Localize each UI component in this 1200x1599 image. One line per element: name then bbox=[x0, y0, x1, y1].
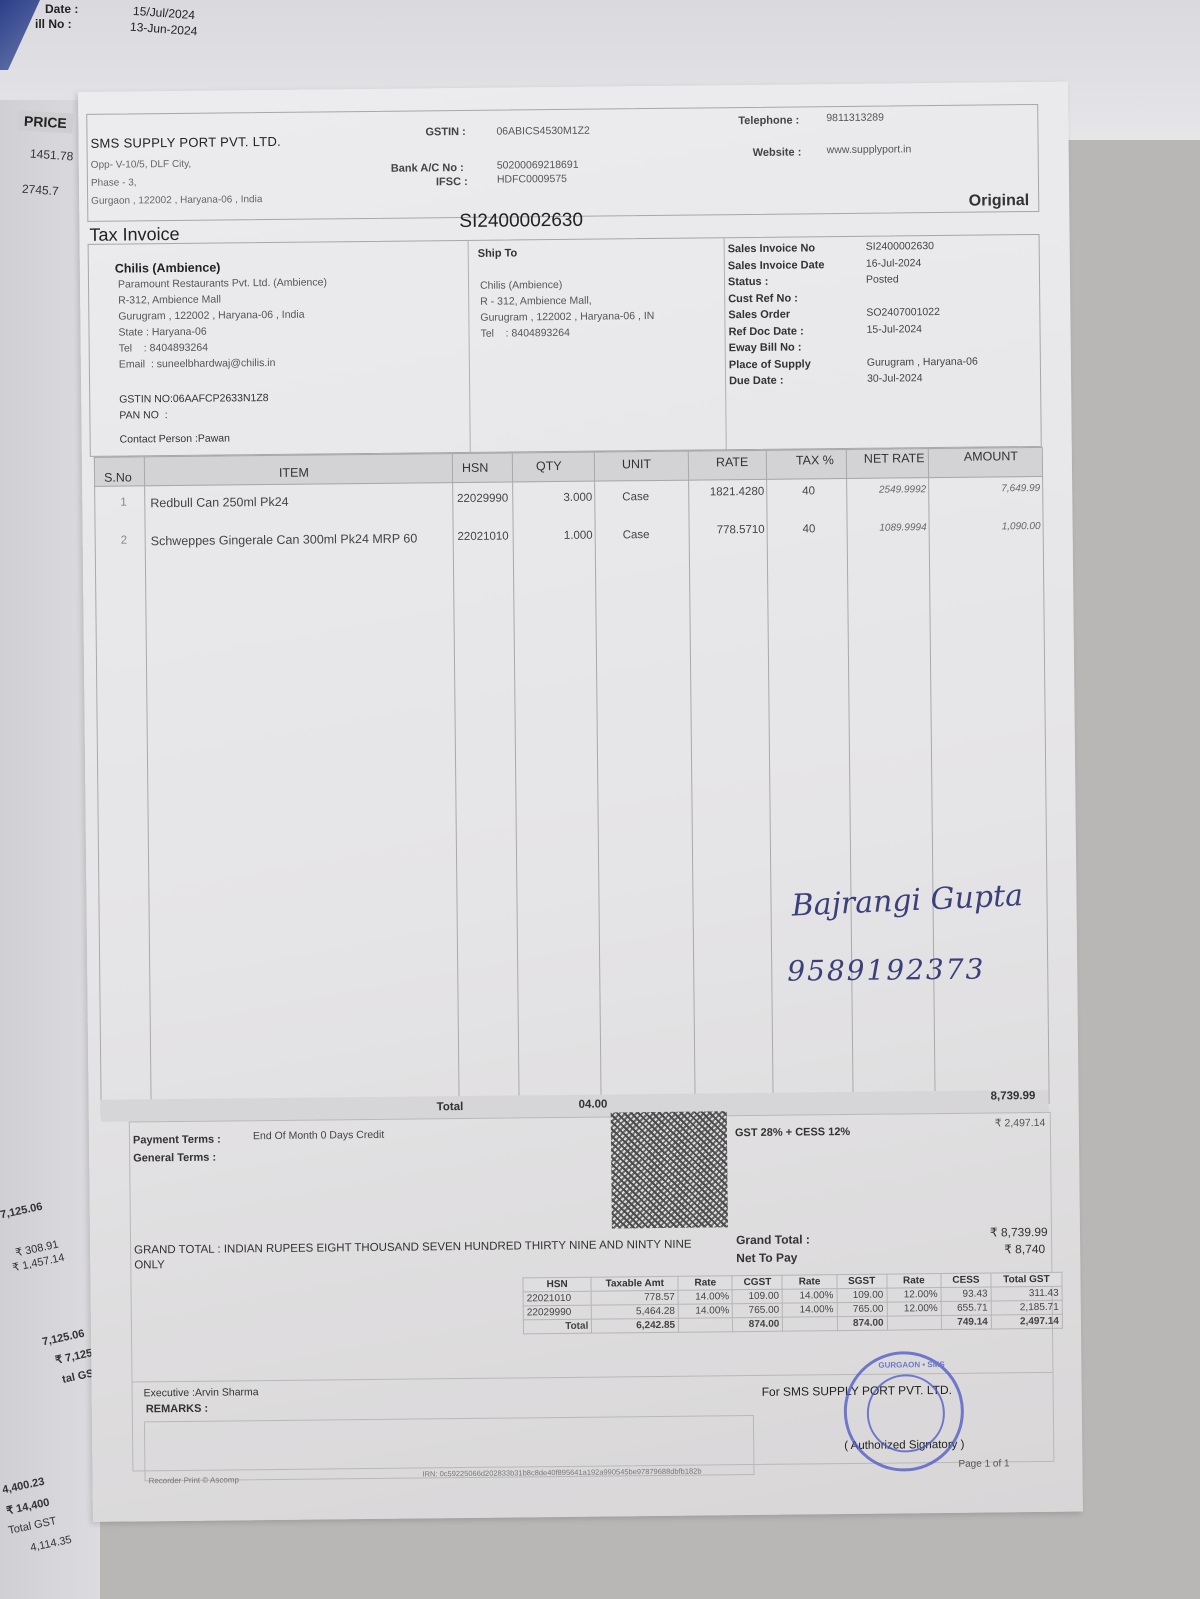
hsn-total-cell bbox=[783, 1317, 837, 1332]
remarks-label: REMARKS : bbox=[146, 1403, 208, 1416]
meta-value: 30-Jul-2024 bbox=[867, 372, 923, 385]
seller-address-line: Opp- V-10/5, DLF City, bbox=[91, 159, 192, 171]
column-divider bbox=[928, 448, 936, 1105]
tax-invoice-document: SMS SUPPLY PORT PVT. LTD. Opp- V-10/5, D… bbox=[78, 82, 1083, 1522]
cell-rate: 778.5710 bbox=[689, 524, 765, 537]
seller-address-line: Phase - 3, bbox=[91, 177, 137, 188]
cell-unit: Case bbox=[623, 529, 683, 542]
hsn-cell: 14.00% bbox=[678, 1304, 732, 1319]
meta-label: Sales Invoice Date bbox=[728, 259, 825, 272]
seller-gstin: 06ABICS4530M1Z2 bbox=[496, 125, 590, 138]
hsn-tax-summary-table: HSNTaxable AmtRateCGSTRateSGSTRateCESSTo… bbox=[522, 1272, 1063, 1335]
hsn-total-cell bbox=[679, 1318, 733, 1333]
hsn-total-cell: 874.00 bbox=[733, 1317, 783, 1332]
bank-account: 50200069218691 bbox=[497, 159, 579, 172]
cell-item: Redbull Can 250ml Pk24 bbox=[150, 493, 450, 510]
col-header-hsn: HSN bbox=[462, 461, 489, 475]
cell-tax: 40 bbox=[802, 485, 832, 497]
gst-summary-value: ₹ 2,497.14 bbox=[995, 1117, 1046, 1130]
meta-label: Sales Order bbox=[728, 309, 790, 322]
cell-amount: 7,649.99 bbox=[928, 483, 1040, 495]
gstin-label: GSTIN : bbox=[425, 126, 465, 138]
cell-qty: 1.000 bbox=[513, 530, 593, 543]
ship-to-label: Ship To bbox=[478, 247, 518, 259]
col-header-unit: UNIT bbox=[622, 457, 651, 471]
copy-label: Original bbox=[969, 192, 1030, 211]
seller-address-line: Gurgaon , 122002 , Haryana-06 , India bbox=[91, 194, 262, 207]
hsn-cell: 93.43 bbox=[941, 1287, 991, 1302]
col-header-item: ITEM bbox=[279, 466, 309, 480]
ship-to-line: Gurugram , 122002 , Haryana-06 , IN bbox=[480, 310, 654, 324]
total-quantity: 04.00 bbox=[579, 1099, 608, 1111]
hsn-total-cell: 6,242.85 bbox=[592, 1318, 679, 1333]
hsn-cell: 109.00 bbox=[733, 1289, 783, 1304]
column-divider bbox=[452, 453, 460, 1110]
bg-price-header: PRICE bbox=[18, 111, 74, 134]
column-divider bbox=[1042, 447, 1050, 1104]
bill-to-pan: PAN NO : bbox=[119, 409, 167, 422]
cell-net-rate: 1089.9994 bbox=[847, 522, 927, 534]
cell-sno: 2 bbox=[121, 534, 135, 546]
hsn-cell: 14.00% bbox=[783, 1303, 837, 1318]
hsn-total-cell: Total bbox=[523, 1319, 592, 1334]
column-divider bbox=[94, 457, 102, 1114]
contact-person: Contact Person :Pawan bbox=[120, 432, 230, 445]
qr-code bbox=[611, 1111, 728, 1228]
hsn-col-header: CESS bbox=[941, 1273, 991, 1288]
bg-price-value: 2745.7 bbox=[22, 182, 60, 199]
total-label: Total bbox=[437, 1101, 464, 1113]
meta-value: SO2407001022 bbox=[866, 306, 940, 319]
grand-total-value: ₹ 8,739.99 bbox=[990, 1225, 1048, 1240]
hsn-cell: 765.00 bbox=[837, 1302, 887, 1317]
column-divider bbox=[594, 452, 602, 1109]
hsn-col-header: CGST bbox=[732, 1275, 782, 1290]
gst-summary-label: GST 28% + CESS 12% bbox=[735, 1126, 850, 1139]
meta-value: Posted bbox=[866, 273, 899, 285]
meta-label: Due Date : bbox=[729, 375, 784, 388]
handwritten-name: Bajrangi Gupta bbox=[791, 878, 1024, 923]
meta-value: 16-Jul-2024 bbox=[866, 257, 922, 270]
col-header-rate: RATE bbox=[716, 455, 749, 469]
website-label: Website : bbox=[753, 146, 802, 159]
ship-to-line: Chilis (Ambience) bbox=[480, 279, 562, 292]
company-seal-stamp: GURGAON • SMS bbox=[843, 1351, 964, 1472]
ifsc-label: IFSC : bbox=[436, 176, 468, 188]
payment-terms-label: Payment Terms : bbox=[133, 1134, 221, 1147]
seller-telephone: 9811313289 bbox=[826, 112, 884, 125]
cell-amount: 1,090.00 bbox=[929, 521, 1041, 533]
irn-number: IRN: 0c59225066d202833b31b8c8de40f895641… bbox=[422, 1467, 701, 1479]
cell-hsn: 22029990 bbox=[452, 493, 508, 506]
hsn-cell: 14.00% bbox=[782, 1289, 836, 1304]
invoice-number: SI2400002630 bbox=[459, 210, 583, 233]
executive-name: Executive :Arvin Sharma bbox=[144, 1386, 259, 1399]
net-to-pay-label: Net To Pay bbox=[736, 1251, 797, 1266]
meta-label: Place of Supply bbox=[729, 358, 811, 371]
bill-to-line: R-312, Ambience Mall bbox=[118, 294, 221, 307]
meta-label: Status : bbox=[728, 276, 768, 288]
hsn-cell: 12.00% bbox=[887, 1302, 941, 1317]
hsn-cell: 5,464.28 bbox=[592, 1304, 679, 1319]
meta-value: 15-Jul-2024 bbox=[866, 323, 922, 336]
grand-total-label: Grand Total : bbox=[736, 1232, 810, 1247]
bg-bill-label: ill No : bbox=[35, 17, 72, 31]
hsn-col-header: SGST bbox=[837, 1274, 887, 1289]
seller-name: SMS SUPPLY PORT PVT. LTD. bbox=[90, 134, 281, 151]
bill-to-line: Gurugram , 122002 , Haryana-06 , India bbox=[118, 309, 304, 323]
hsn-cell: 14.00% bbox=[678, 1290, 732, 1305]
bg-date-label: Date : bbox=[45, 2, 78, 16]
bill-to-line: Email : suneelbhardwaj@chilis.in bbox=[119, 357, 276, 371]
page-number: Page 1 of 1 bbox=[958, 1458, 1009, 1470]
cell-unit: Case bbox=[622, 491, 682, 504]
hsn-total-cell: 749.14 bbox=[941, 1315, 991, 1330]
hsn-col-header: Taxable Amt bbox=[591, 1276, 678, 1291]
meta-label: Cust Ref No : bbox=[728, 292, 798, 305]
cell-net-rate: 2549.9992 bbox=[846, 484, 926, 496]
ship-to-line: Tel : 8404893264 bbox=[480, 327, 569, 340]
meta-label: Sales Invoice No bbox=[728, 242, 816, 255]
hsn-cell: 109.00 bbox=[837, 1288, 887, 1303]
cell-hsn: 22021010 bbox=[453, 531, 509, 544]
ifsc-code: HDFC0009575 bbox=[497, 173, 567, 186]
col-header-sno: S.No bbox=[104, 470, 132, 484]
total-amount: 8,739.99 bbox=[991, 1090, 1036, 1102]
cell-rate: 1821.4280 bbox=[688, 486, 764, 499]
seller-website: www.supplyport.in bbox=[827, 143, 912, 156]
bill-to-line: Paramount Restaurants Pvt. Ltd. (Ambienc… bbox=[118, 276, 327, 290]
col-header-amount: AMOUNT bbox=[964, 449, 1018, 464]
net-to-pay-value: ₹ 8,740 bbox=[1004, 1242, 1045, 1256]
col-header-tax: TAX % bbox=[796, 453, 834, 467]
hsn-col-header: Rate bbox=[887, 1274, 941, 1289]
column-divider bbox=[144, 456, 152, 1113]
grand-total-words: GRAND TOTAL : INDIAN RUPEES EIGHT THOUSA… bbox=[134, 1237, 724, 1273]
hsn-cell: 311.43 bbox=[991, 1286, 1062, 1301]
hsn-cell: 765.00 bbox=[733, 1303, 783, 1318]
bg-bill-value: 13-Jun-2024 bbox=[130, 20, 198, 39]
bill-to-line: State : Haryana-06 bbox=[118, 326, 206, 339]
hsn-cell: 778.57 bbox=[591, 1290, 678, 1305]
bill-to-line: Tel : 8404893264 bbox=[119, 342, 208, 355]
col-header-qty: QTY bbox=[536, 459, 562, 473]
hsn-total-cell: 874.00 bbox=[837, 1316, 887, 1331]
cell-item: Schweppes Gingerale Can 300ml Pk24 MRP 6… bbox=[151, 531, 451, 548]
hsn-cell: 12.00% bbox=[887, 1288, 941, 1303]
background-object bbox=[0, 0, 40, 70]
column-divider bbox=[688, 451, 696, 1108]
hsn-total-cell bbox=[887, 1316, 941, 1331]
column-divider bbox=[512, 452, 520, 1109]
cell-tax: 40 bbox=[803, 523, 833, 535]
printed-by: Recorder Print © Ascomp bbox=[149, 1475, 239, 1485]
meta-label: Ref Doc Date : bbox=[728, 325, 803, 338]
cell-qty: 3.000 bbox=[512, 492, 592, 505]
meta-value: Gurugram , Haryana-06 bbox=[867, 355, 978, 368]
hsn-col-header: HSN bbox=[523, 1277, 592, 1292]
hsn-col-header: Rate bbox=[678, 1276, 732, 1291]
stamp-text: GURGAON • SMS bbox=[878, 1360, 944, 1370]
hsn-cell: 2,185.71 bbox=[991, 1300, 1062, 1315]
col-header-net-rate: NET RATE bbox=[864, 451, 925, 466]
general-terms-label: General Terms : bbox=[133, 1152, 216, 1165]
hsn-cell: 22021010 bbox=[523, 1291, 592, 1306]
handwritten-phone: 9589192373 bbox=[787, 953, 985, 988]
hsn-total-cell: 2,497.14 bbox=[991, 1314, 1062, 1329]
hsn-col-header: Rate bbox=[782, 1275, 836, 1290]
payment-terms-value: End Of Month 0 Days Credit bbox=[253, 1129, 384, 1142]
column-divider bbox=[766, 450, 774, 1107]
bank-label: Bank A/C No : bbox=[391, 162, 464, 175]
bg-price-value: 1451.78 bbox=[30, 147, 74, 164]
meta-label: Eway Bill No : bbox=[729, 341, 802, 354]
hsn-col-header: Total GST bbox=[991, 1272, 1062, 1287]
bill-to-gstin: GSTIN NO:06AAFCP2633N1Z8 bbox=[119, 392, 269, 406]
hsn-cell: 22029990 bbox=[523, 1305, 592, 1320]
bg-date-value: 15/Jul/2024 bbox=[133, 4, 196, 22]
telephone-label: Telephone : bbox=[738, 114, 799, 127]
column-divider bbox=[846, 449, 854, 1106]
hsn-cell: 655.71 bbox=[941, 1301, 991, 1316]
bill-to-name: Chilis (Ambience) bbox=[115, 261, 221, 276]
ship-to-line: R - 312, Ambience Mall, bbox=[480, 295, 592, 308]
meta-value: SI2400002630 bbox=[866, 240, 934, 253]
cell-sno: 1 bbox=[120, 496, 134, 508]
